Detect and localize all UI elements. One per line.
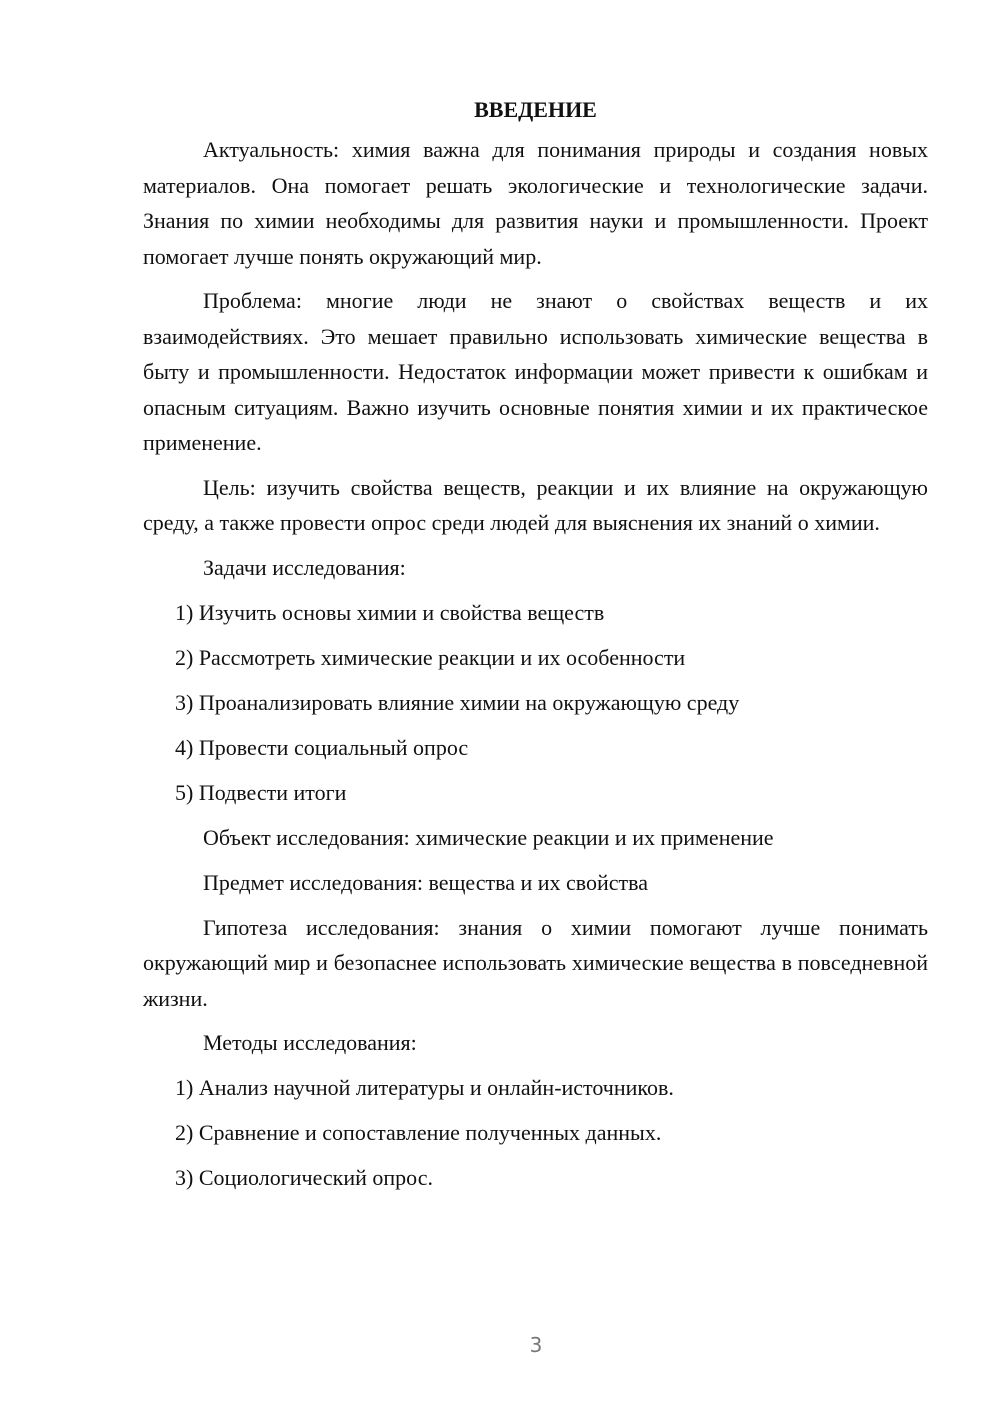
- method-item: 2) Сравнение и сопоставление полученных …: [143, 1115, 928, 1151]
- tasks-heading: Задачи исследования:: [143, 550, 928, 586]
- document-page: ВВЕДЕНИЕ Актуальность: химия важна для п…: [143, 94, 928, 1205]
- section-title: ВВЕДЕНИЕ: [143, 94, 928, 126]
- task-item: 2) Рассмотреть химические реакции и их о…: [143, 640, 928, 676]
- page-number: 3: [0, 1333, 1000, 1357]
- task-item: 4) Провести социальный опрос: [143, 730, 928, 766]
- method-item: 3) Социологический опрос.: [143, 1160, 928, 1196]
- object-paragraph: Объект исследования: химические реакции …: [143, 820, 928, 856]
- goal-paragraph: Цель: изучить свойства веществ, реакции …: [143, 470, 928, 541]
- method-item: 1) Анализ научной литературы и онлайн-ис…: [143, 1070, 928, 1106]
- task-item: 5) Подвести итоги: [143, 775, 928, 811]
- problem-paragraph: Проблема: многие люди не знают о свойств…: [143, 283, 928, 461]
- relevance-paragraph: Актуальность: химия важна для понимания …: [143, 132, 928, 274]
- task-item: 3) Проанализировать влияние химии на окр…: [143, 685, 928, 721]
- task-item: 1) Изучить основы химии и свойства вещес…: [143, 595, 928, 631]
- hypothesis-paragraph: Гипотеза исследования: знания о химии по…: [143, 910, 928, 1017]
- subject-paragraph: Предмет исследования: вещества и их свой…: [143, 865, 928, 901]
- methods-heading: Методы исследования:: [143, 1025, 928, 1061]
